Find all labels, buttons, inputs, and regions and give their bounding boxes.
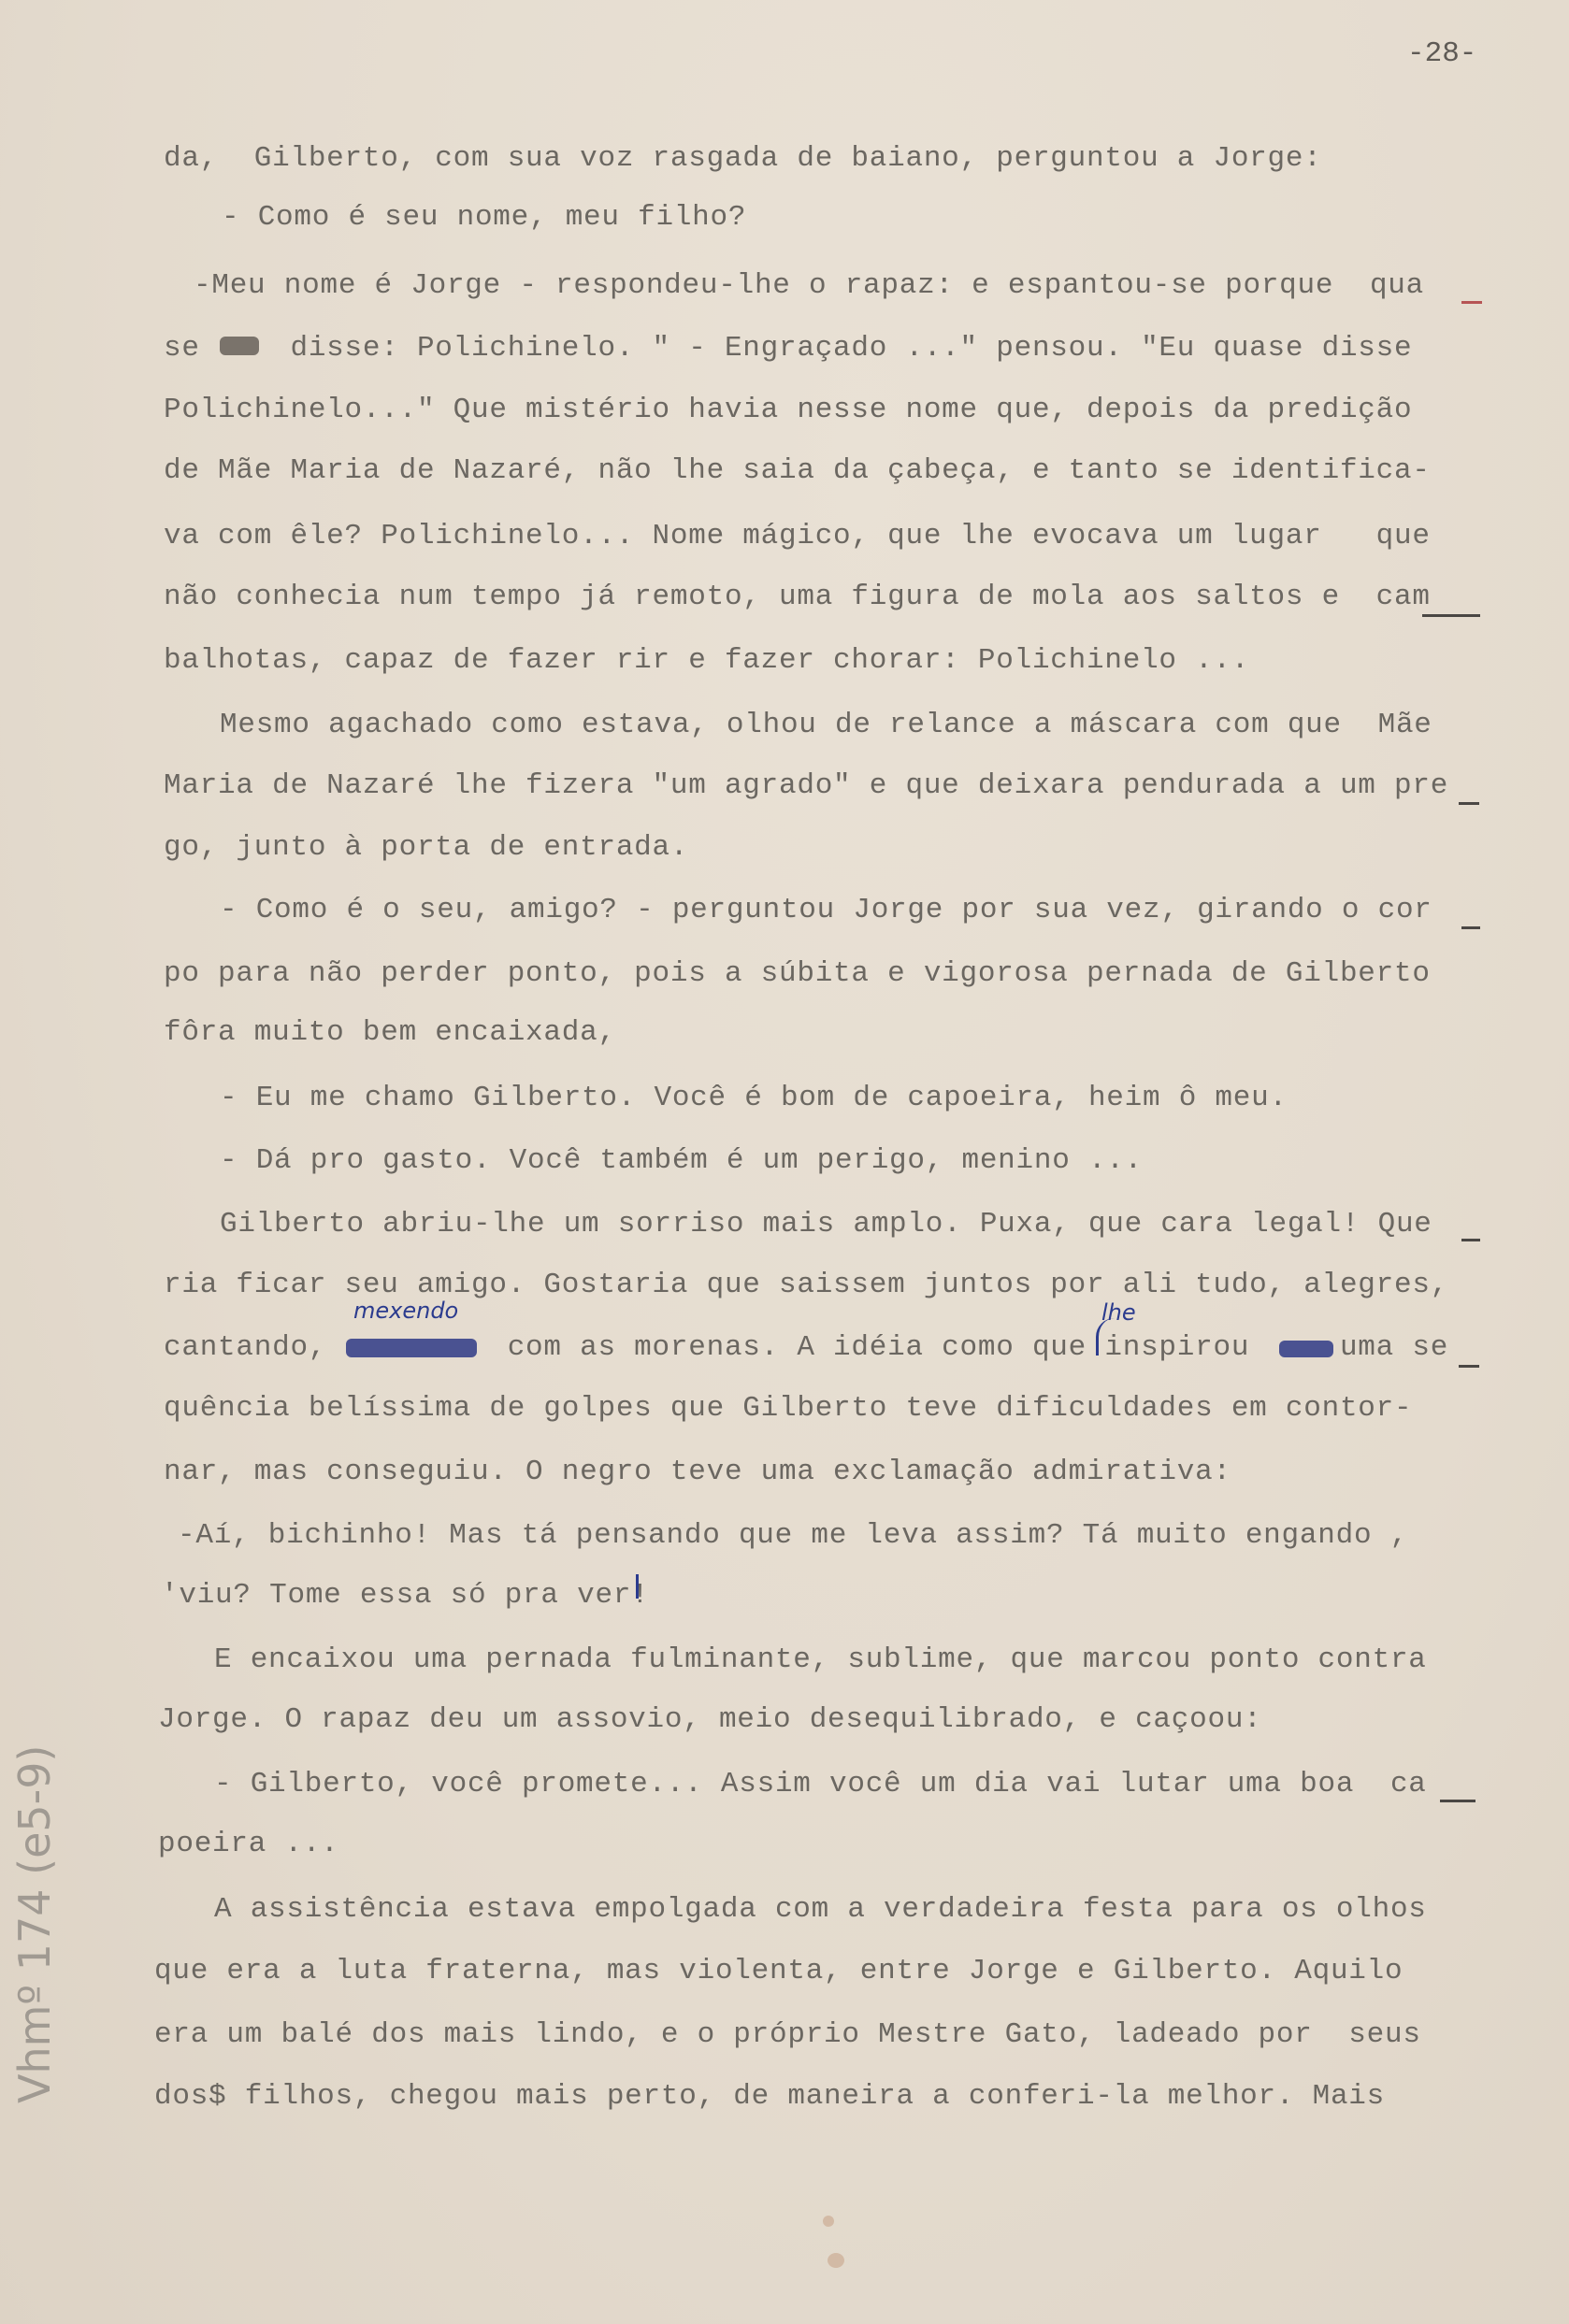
text-line: Gilberto abriu-lhe um sorriso mais amplo… xyxy=(220,1206,1432,1243)
text-line: va com êle? Polichinelo... Nome mágico, … xyxy=(164,518,1431,555)
paper-stain xyxy=(823,2216,834,2227)
scribble-strikeout xyxy=(1279,1341,1333,1357)
text-line: go, junto à porta de entrada. xyxy=(164,829,688,867)
text-line: - Dá pro gasto. Você também é um perigo,… xyxy=(220,1142,1143,1180)
text-line: não conhecia num tempo já remoto, uma fi… xyxy=(164,579,1431,616)
syllable-underline xyxy=(1422,614,1480,617)
paper-stain xyxy=(828,2253,844,2268)
margin-pencil-note: Vhmº 174 (e5-9) xyxy=(9,1745,60,2103)
page-number: -28- xyxy=(1407,37,1476,70)
scribble-strikeout xyxy=(220,337,259,355)
text-line: era um balé dos mais lindo, e o próprio … xyxy=(154,2016,1421,2054)
text-line: -Aí, bichinho! Mas tá pensando que me le… xyxy=(178,1517,1408,1555)
syllable-underline xyxy=(1461,1239,1480,1241)
handwritten-insertion-mexendo: mexendo xyxy=(353,1298,458,1324)
text-line: de Mãe Maria de Nazaré, não lhe saia da … xyxy=(164,452,1431,490)
scribble-strikeout xyxy=(346,1339,477,1357)
text-line: - Como é seu nome, meu filho? xyxy=(222,199,746,237)
text-line: balhotas, capaz de fazer rir e fazer cho… xyxy=(164,642,1249,680)
text-line: da, Gilberto, com sua voz rasgada de bai… xyxy=(164,140,1322,178)
text-line: Maria de Nazaré lhe fizera "um agrado" e… xyxy=(164,767,1448,805)
handwritten-exclamation xyxy=(636,1574,639,1599)
manuscript-page: -28- da, Gilberto, com sua voz rasgada d… xyxy=(0,0,1569,2324)
syllable-underline xyxy=(1461,926,1480,929)
syllable-underline xyxy=(1459,1365,1479,1368)
syllable-underline xyxy=(1440,1800,1475,1802)
text-line: po para não perder ponto, pois a súbita … xyxy=(164,955,1431,993)
text-line: E encaixou uma pernada fulminante, subli… xyxy=(214,1642,1427,1679)
text-line: - Gilberto, você promete... Assim você u… xyxy=(214,1766,1427,1803)
text-line: se disse: Polichinelo. " - Engraçado ...… xyxy=(164,330,1412,367)
text-line: que era a luta fraterna, mas violenta, e… xyxy=(154,1953,1403,1990)
text-line: nar, mas conseguiu. O negro teve uma exc… xyxy=(164,1454,1231,1491)
text-line: -Meu nome é Jorge - respondeu-lhe o rapa… xyxy=(194,267,1424,305)
text-line: - Eu me chamo Gilberto. Você é bom de ca… xyxy=(220,1080,1288,1117)
insertion-caret xyxy=(1096,1318,1119,1356)
text-line: A assistência estava empolgada com a ver… xyxy=(214,1891,1427,1929)
text-line: quência belíssima de golpes que Gilberto… xyxy=(164,1390,1412,1427)
text-line: poeira ... xyxy=(158,1826,339,1863)
syllable-underline xyxy=(1461,301,1482,304)
text-line: 'viu? Tome essa só pra ver! xyxy=(161,1577,650,1614)
syllable-underline xyxy=(1459,802,1479,805)
text-line: dos$ filhos, chegou mais perto, de manei… xyxy=(154,2078,1385,2116)
text-line: fôra muito bem encaixada, xyxy=(164,1014,616,1052)
text-line: Mesmo agachado como estava, olhou de rel… xyxy=(220,707,1432,744)
text-line: Polichinelo..." Que mistério havia nesse… xyxy=(164,392,1412,429)
text-line: Jorge. O rapaz deu um assovio, meio dese… xyxy=(158,1701,1262,1739)
text-line: - Como é o seu, amigo? - perguntou Jorge… xyxy=(220,892,1432,929)
